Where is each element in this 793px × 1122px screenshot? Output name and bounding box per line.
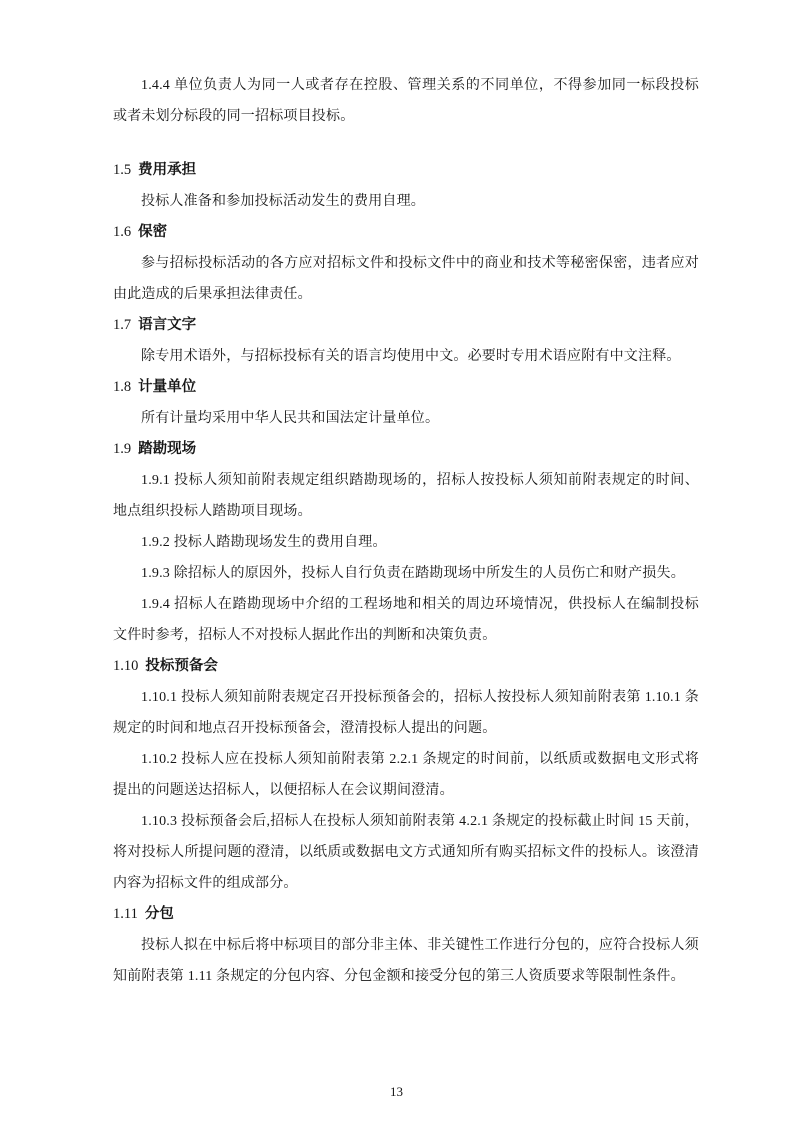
clause-1-10-3: 1.10.3 投标预备会后,招标人在投标人须知前附表第 4.2.1 条规定的投标… — [113, 806, 699, 899]
heading-1-10-number: 1.10 — [113, 658, 138, 674]
heading-1-11-title: 分包 — [145, 906, 174, 922]
heading-1-9: 1.9踏勘现场 — [113, 434, 699, 465]
heading-1-6-number: 1.6 — [113, 224, 131, 240]
clause-1-9-3: 1.9.3 除招标人的原因外，投标人自行负责在踏勘现场中所发生的人员伤亡和财产损… — [113, 558, 699, 589]
page-number: 13 — [0, 1082, 793, 1102]
para-1-8: 所有计量均采用中华人民共和国法定计量单位。 — [113, 403, 699, 434]
heading-1-9-number: 1.9 — [113, 441, 131, 457]
heading-1-5: 1.5费用承担 — [113, 155, 699, 186]
heading-1-8-number: 1.8 — [113, 379, 131, 395]
heading-1-8: 1.8计量单位 — [113, 372, 699, 403]
heading-1-7: 1.7语言文字 — [113, 310, 699, 341]
para-1-6: 参与招标投标活动的各方应对招标文件和投标文件中的商业和技术等秘密保密，违者应对由… — [113, 248, 699, 310]
clause-1-9-1: 1.9.1 投标人须知前附表规定组织踏勘现场的，招标人按投标人须知前附表规定的时… — [113, 465, 699, 527]
clause-1-9-4: 1.9.4 招标人在踏勘现场中介绍的工程场地和相关的周边环境情况，供投标人在编制… — [113, 589, 699, 651]
heading-1-5-title: 费用承担 — [138, 162, 196, 178]
heading-1-11-number: 1.11 — [113, 906, 138, 922]
para-1-11: 投标人拟在中标后将中标项目的部分非主体、非关键性工作进行分包的，应符合投标人须知… — [113, 930, 699, 992]
heading-1-10-title: 投标预备会 — [145, 658, 218, 674]
document-page: 1.4.4 单位负责人为同一人或者存在控股、管理关系的不同单位，不得参加同一标段… — [0, 0, 793, 1122]
heading-1-10: 1.10投标预备会 — [113, 651, 699, 682]
heading-1-6: 1.6保密 — [113, 217, 699, 248]
para-1-7: 除专用术语外，与招标投标有关的语言均使用中文。必要时专用术语应附有中文注释。 — [113, 341, 699, 372]
heading-1-7-title: 语言文字 — [138, 317, 196, 333]
document-content: 1.4.4 单位负责人为同一人或者存在控股、管理关系的不同单位，不得参加同一标段… — [113, 70, 699, 992]
clause-1-10-2: 1.10.2 投标人应在投标人须知前附表第 2.2.1 条规定的时间前，以纸质或… — [113, 744, 699, 806]
heading-1-6-title: 保密 — [138, 224, 167, 240]
clause-1-9-2: 1.9.2 投标人踏勘现场发生的费用自理。 — [113, 527, 699, 558]
heading-1-11: 1.11分包 — [113, 899, 699, 930]
clause-1-4-4: 1.4.4 单位负责人为同一人或者存在控股、管理关系的不同单位，不得参加同一标段… — [113, 70, 699, 132]
clause-1-10-1: 1.10.1 投标人须知前附表规定召开投标预备会的，招标人按投标人须知前附表第 … — [113, 682, 699, 744]
heading-1-8-title: 计量单位 — [138, 379, 196, 395]
para-1-5: 投标人准备和参加投标活动发生的费用自理。 — [113, 186, 699, 217]
blank-line — [113, 132, 699, 155]
heading-1-9-title: 踏勘现场 — [138, 441, 196, 457]
heading-1-5-number: 1.5 — [113, 162, 131, 178]
heading-1-7-number: 1.7 — [113, 317, 131, 333]
